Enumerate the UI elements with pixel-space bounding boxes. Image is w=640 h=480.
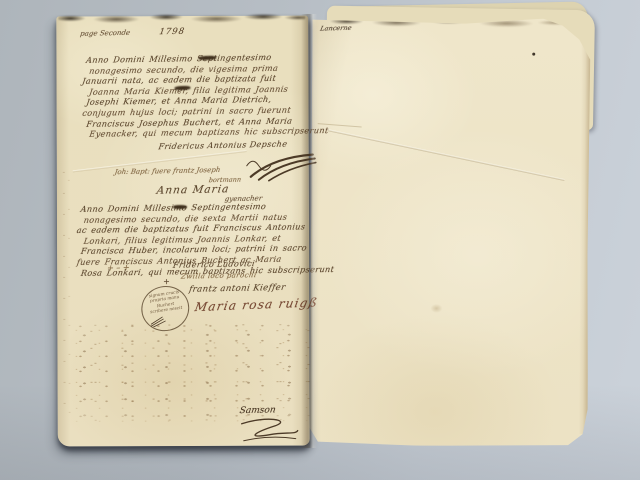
bottom-signature-paraph	[234, 416, 304, 444]
right-page-stain	[430, 304, 442, 313]
witness-signature-1: Friderico Ludovici	[172, 259, 255, 270]
gutter-shadow	[301, 14, 317, 448]
witness-signature-3: frantz antoni Kieffer	[188, 283, 286, 295]
right-page-crease	[328, 129, 565, 181]
witness-signature-2: Zwilla loco parochi	[180, 271, 257, 281]
left-page-top-edge	[58, 14, 305, 24]
ink-smudge	[173, 205, 187, 209]
seal-cross: +	[163, 277, 170, 286]
entry-line: Eyenacker, qui mecum baptizans hic subsc…	[89, 125, 330, 139]
right-page-ink-fleck	[532, 53, 535, 56]
right-page-annotation: Lancerne	[319, 24, 352, 33]
right-page-rough-edge	[579, 40, 591, 434]
margin-bleed-strip	[59, 166, 75, 416]
year-label: 1798	[158, 27, 185, 38]
right-front-sheet: Lancerne	[310, 17, 591, 447]
entry2-name-title: Anna Maria	[156, 183, 230, 197]
archive-photo-stage: Lancerne page Seconde 1798 Anno Domini M…	[0, 0, 640, 480]
page-number-label: page Seconde	[80, 29, 131, 38]
marginal-note-line-1: Joh: Bapt: fuere frantz Joseph	[114, 166, 221, 176]
baptism-entry-1: Anno Domini Millesimo Septingentesimo no…	[86, 52, 328, 138]
bottom-signature: Samson	[239, 405, 277, 416]
witness-cross-marks: + – +	[106, 263, 130, 272]
manuscript-left-page: page Seconde 1798 Anno Domini Millesimo …	[56, 16, 309, 447]
